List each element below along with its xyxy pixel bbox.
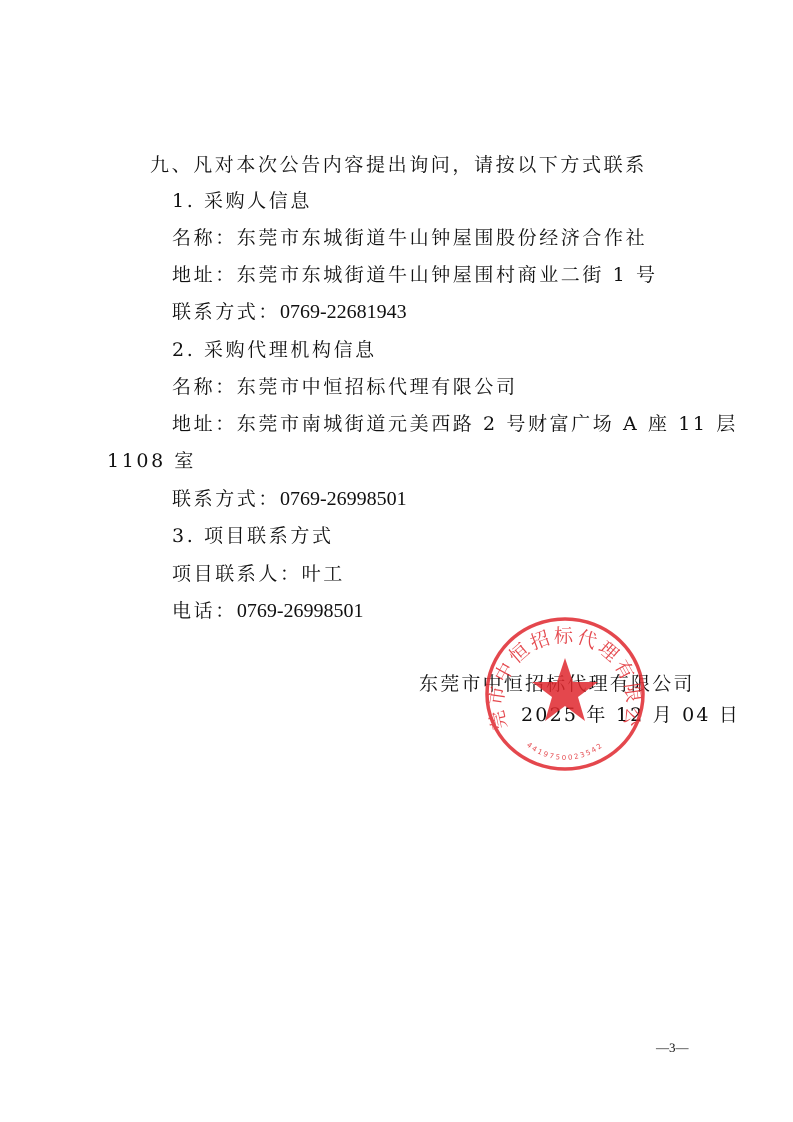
signature-company: 东莞市中恒招标代理有限公司 [419, 672, 695, 696]
project-phone: 电话：0769-26998501 [172, 599, 363, 623]
purchaser-address: 地址：东莞市东城街道牛山钟屋围村商业二街 1 号 [172, 263, 658, 287]
phone-value: 0769-26998501 [237, 600, 364, 622]
contact-label: 联系方式： [172, 488, 280, 510]
subheading-agency: 2. 采购代理机构信息 [172, 338, 377, 362]
contact-phone: 0769-26998501 [280, 488, 407, 510]
agency-name: 名称：东莞市中恒招标代理有限公司 [172, 375, 518, 399]
project-contact-person: 项目联系人：叶工 [172, 562, 345, 586]
phone-label: 电话： [172, 600, 237, 622]
purchaser-name: 名称：东莞市东城街道牛山钟屋围股份经济合作社 [172, 226, 647, 250]
subheading-project-contact: 3. 项目联系方式 [172, 524, 334, 548]
agency-contact: 联系方式：0769-26998501 [172, 487, 407, 511]
agency-address: 地址：东莞市南城街道元美西路 2 号财富广场 A 座 11 层 [172, 412, 738, 436]
page-number: —3— [656, 1040, 689, 1056]
contact-phone: 0769-22681943 [280, 301, 407, 323]
section-heading: 九、凡对本次公告内容提出询问，请按以下方式联系 [150, 153, 647, 177]
purchaser-contact: 联系方式：0769-22681943 [172, 300, 407, 324]
agency-address-cont: 1108 室 [107, 449, 196, 473]
svg-text:4419750023542: 4419750023542 [525, 741, 605, 762]
subheading-purchaser: 1. 采购人信息 [172, 189, 312, 213]
contact-label: 联系方式： [172, 301, 280, 323]
signature-date: 2025 年 12 月 04 日 [521, 703, 740, 727]
